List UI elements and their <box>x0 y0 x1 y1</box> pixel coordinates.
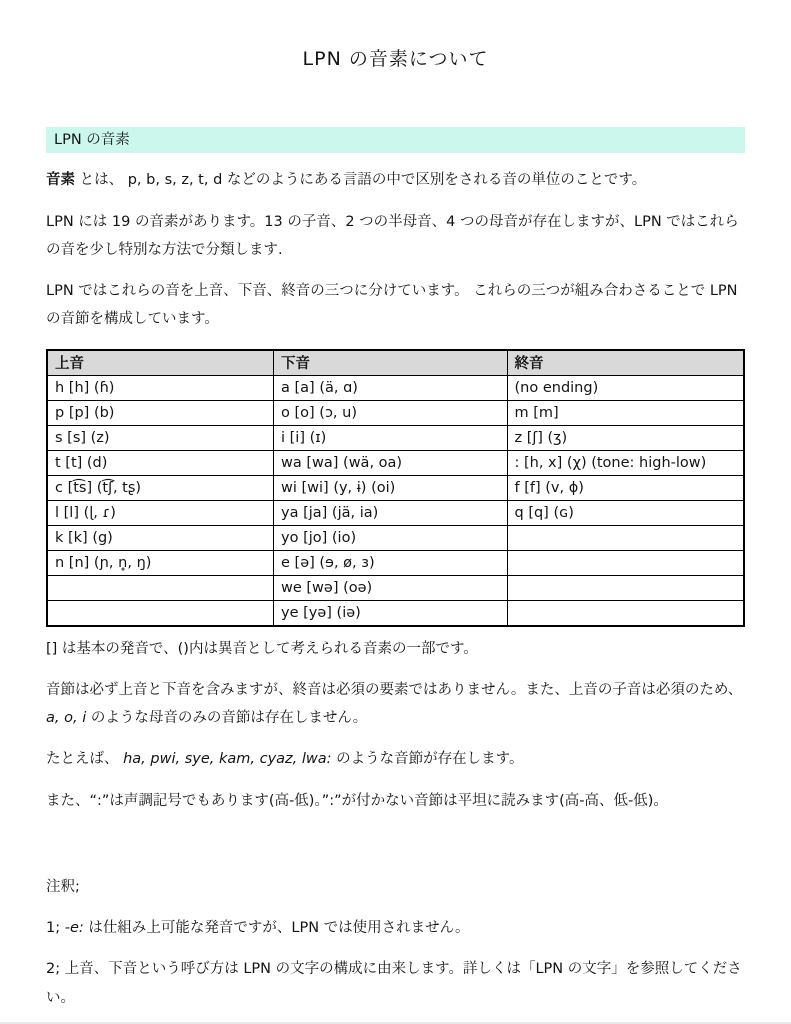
table-row: n [n] (ɲ, n̥, ŋ) e [ə] (ɘ, ø, ɜ) <box>47 550 744 575</box>
column-header-final-sound: 終音 <box>507 350 744 376</box>
table-row: we [wə] (oə) <box>47 575 744 600</box>
syllable-note: 音節は必ず上音と下音を含みますが、終音は必須の要素ではありません。また、上音の子… <box>46 676 745 733</box>
phoneme-cell: e [ə] (ɘ, ø, ɜ) <box>274 550 507 575</box>
vowel-examples: a, o, i <box>46 710 86 726</box>
term-onso: 音素 <box>46 172 75 188</box>
example-note: たとえば、 ha, pwi, sye, kam, cyaz, lwa: のような… <box>46 745 745 773</box>
phoneme-cell: : [h, x] (χ) (tone: high-low) <box>507 450 744 475</box>
tone-note: また、“:”は声調記号でもあります(高-低)。”:”が付かない音節は平坦に読みま… <box>46 787 745 815</box>
table-row: h [h] (ɦ) a [a] (ä, ɑ) (no ending) <box>47 375 744 400</box>
phoneme-cell: k [k] (g) <box>47 525 274 550</box>
annotation-heading: 注釈; <box>46 873 745 901</box>
phoneme-cell <box>507 600 744 626</box>
syllable-examples: ha, pwi, sye, kam, cyaz, lwa: <box>123 751 331 767</box>
phoneme-cell: p [p] (b) <box>47 400 274 425</box>
footnote-1-number: 1; <box>46 920 65 936</box>
table-row: t [t] (d) wa [wa] (wä, oa) : [h, x] (χ) … <box>47 450 744 475</box>
syllable-note-text-2: のような母音のみの音節は存在しません。 <box>86 710 367 726</box>
page-title: LPN の音素について <box>46 0 745 71</box>
phoneme-cell: wi [wi] (y, ɨ) (oi) <box>274 475 507 500</box>
phoneme-cell: z [ʃ] (ʒ) <box>507 425 744 450</box>
table-row: ye [yə] (iə) <box>47 600 744 626</box>
phoneme-cell <box>47 575 274 600</box>
phoneme-cell: a [a] (ä, ɑ) <box>274 375 507 400</box>
intro-paragraph-structure: LPN ではこれらの音を上音、下音、終音の三つに分けています。 これらの三つが組… <box>46 277 745 334</box>
footnote-1-term: -e: <box>65 920 84 936</box>
phoneme-cell <box>507 575 744 600</box>
phoneme-cell: s [s] (z) <box>47 425 274 450</box>
phoneme-cell: n [n] (ɲ, n̥, ŋ) <box>47 550 274 575</box>
phoneme-cell: c [t͡s] (t͡ʃ, tʂ) <box>47 475 274 500</box>
legend-note: [] は基本の発音で、()内は異音として考えられる音素の一部です。 <box>46 635 745 663</box>
phoneme-cell <box>47 600 274 626</box>
phoneme-cell: f [f] (v, ɸ) <box>507 475 744 500</box>
section-heading: LPN の音素 <box>46 127 745 153</box>
syllable-note-text: 音節は必ず上音と下音を含みますが、終音は必須の要素ではありません。また、上音の子… <box>46 682 742 698</box>
phoneme-cell: m [m] <box>507 400 744 425</box>
phoneme-cell: wa [wa] (wä, oa) <box>274 450 507 475</box>
phoneme-cell: i [i] (ɪ) <box>274 425 507 450</box>
table-row: l [l] (ɭ, ɾ) ya [ja] (jä, ia) q [q] (ɢ) <box>47 500 744 525</box>
document-page: LPN の音素について LPN の音素 音素 とは、 p, b, s, z, t… <box>0 0 791 1024</box>
table-row: c [t͡s] (t͡ʃ, tʂ) wi [wi] (y, ɨ) (oi) f … <box>47 475 744 500</box>
phoneme-table: 上音 下音 終音 h [h] (ɦ) a [a] (ä, ɑ) (no endi… <box>46 349 745 627</box>
footnote-2: 2; 上音、下音という呼び方は LPN の文字の構成に由来します。詳しくは「LP… <box>46 955 745 1012</box>
phoneme-cell: l [l] (ɭ, ɾ) <box>47 500 274 525</box>
phoneme-cell: t [t] (d) <box>47 450 274 475</box>
phoneme-cell: ya [ja] (jä, ia) <box>274 500 507 525</box>
phoneme-cell: ye [yə] (iə) <box>274 600 507 626</box>
column-header-upper-sound: 上音 <box>47 350 274 376</box>
table-row: k [k] (g) yo [jo] (io) <box>47 525 744 550</box>
phoneme-cell: o [o] (ɔ, u) <box>274 400 507 425</box>
example-note-tail: のような音節が存在します。 <box>332 751 524 767</box>
footnote-1-text: は仕組み上可能な発音ですが、LPN では使用されません。 <box>84 920 470 936</box>
phoneme-cell: we [wə] (oə) <box>274 575 507 600</box>
phoneme-cell <box>507 525 744 550</box>
phoneme-cell: (no ending) <box>507 375 744 400</box>
column-header-lower-sound: 下音 <box>274 350 507 376</box>
phoneme-cell <box>507 550 744 575</box>
definition-text: とは、 p, b, s, z, t, d などのようにある言語の中で区別をされる… <box>75 172 646 188</box>
footnote-1: 1; -e: は仕組み上可能な発音ですが、LPN では使用されません。 <box>46 914 745 942</box>
example-note-lead: たとえば、 <box>46 751 123 767</box>
table-row: p [p] (b) o [o] (ɔ, u) m [m] <box>47 400 744 425</box>
intro-paragraph-definition: 音素 とは、 p, b, s, z, t, d などのようにある言語の中で区別を… <box>46 166 745 194</box>
phoneme-cell: h [h] (ɦ) <box>47 375 274 400</box>
phoneme-cell: yo [jo] (io) <box>274 525 507 550</box>
table-row: s [s] (z) i [i] (ɪ) z [ʃ] (ʒ) <box>47 425 744 450</box>
phoneme-cell: q [q] (ɢ) <box>507 500 744 525</box>
intro-paragraph-counts: LPN には 19 の音素があります。13 の子音、2 つの半母音、4 つの母音… <box>46 208 745 265</box>
table-header-row: 上音 下音 終音 <box>47 350 744 376</box>
